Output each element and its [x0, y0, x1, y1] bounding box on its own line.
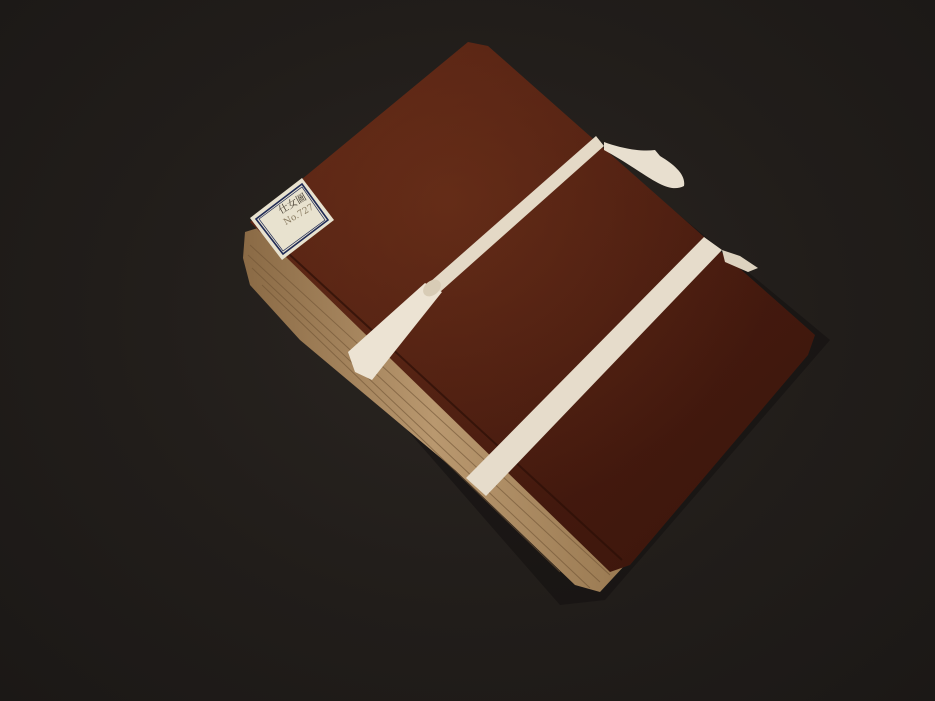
book-illustration: [0, 0, 935, 701]
